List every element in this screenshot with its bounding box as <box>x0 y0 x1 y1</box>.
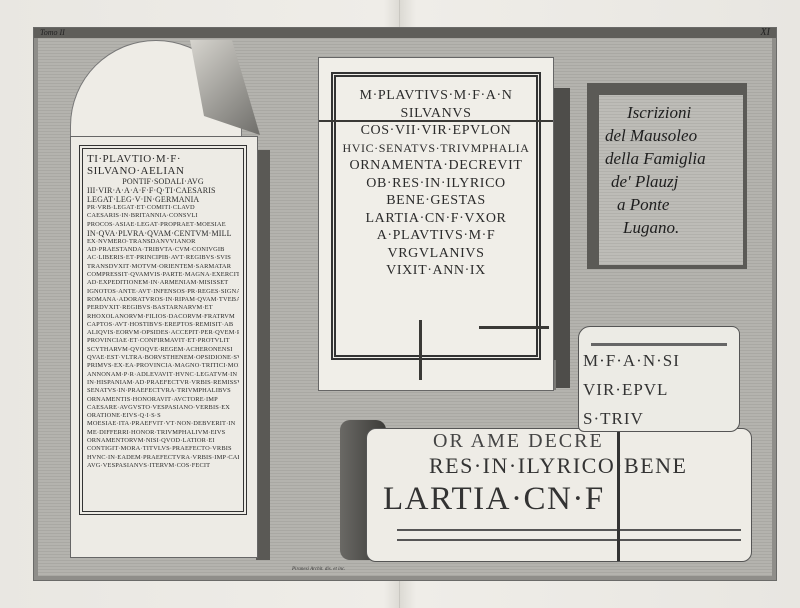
fragment-line: M·F·A·N·SI <box>579 346 739 375</box>
stele-inscription: TI·PLAVTIO·M·F· SILVANO·AELIAN PONTIF·SO… <box>79 145 247 515</box>
title-line: a Ponte <box>605 193 737 216</box>
stele-line: III·VIR·A·A·A·F·F·Q·TI·CAESARIS <box>87 186 239 195</box>
stele-line: IN·HISPANIAM·AD·PRAEFECTVR·VRBIS·REMISSV… <box>87 379 239 387</box>
stele-line: RHOXOLANORVM·FILIOS·DACORVM·FRATRVM <box>87 313 239 321</box>
stele-line: PERDVXIT·REGIBVS·BASTARNARVM·ET <box>87 304 239 312</box>
stele-line: CONTIGIT·MORA·TITVLVS·PRAEFECTO·VRBIS <box>87 445 239 453</box>
stele-line: ANNONAM·P·R·ADLEVAVIT·HVNC·LEGATVM·IN <box>87 371 239 379</box>
fragment-top-moulding <box>591 327 727 346</box>
stele-shadow <box>256 150 270 560</box>
central-tablet: M·PLAVTIVS·M·F·A·N SILVANVS COS·VII·VIR·… <box>318 57 554 391</box>
stele-line: ALIQVIS·EORVM·OPSIDES·ACCEPIT·PER·QVEM·P… <box>87 329 239 337</box>
stele-line: ORNAMENTIS·HONORAVIT·AVCTORE·IMP <box>87 396 239 404</box>
fragment-moulding <box>397 529 741 541</box>
tablet-line: LARTIA·CN·F·VXOR <box>338 210 534 228</box>
fragment-line: LARTIA·CN·F <box>383 479 743 519</box>
left-stele: TI·PLAVTIO·M·F· SILVANO·AELIAN PONTIF·SO… <box>70 40 266 558</box>
engraver-signature: Piranesi Archit. dis. et inc. <box>292 567 345 572</box>
fragment-bottom: OR AME DECRE RES·IN·ILYRICO·BENE LARTIA·… <box>366 428 752 562</box>
tablet-line: OB·RES·IN·ILYRICO <box>338 175 534 193</box>
tablet-line: ORNAMENTA·DECREVIT <box>338 157 534 175</box>
stele-line: PR·VRB·LEGAT·ET·COMITI·CLAVD <box>87 204 239 212</box>
tablet-line: A·PLAVTIVS·M·F <box>338 227 534 245</box>
title-line: Iscrizioni <box>605 101 737 124</box>
tablet-shadow <box>552 88 570 388</box>
stele-line: PROCOS·ASIAE·LEGAT·PROPRAET·MOESIAE <box>87 221 239 229</box>
stele-line: AD·EXPEDITIONEM·IN·ARMENIAM·MISISSET <box>87 279 239 287</box>
title-line: del Mausoleo <box>605 124 737 147</box>
stele-line: TRANSDVXIT·MOTVM·ORIENTEM·SARMATAR <box>87 263 239 271</box>
title-line: della Famiglia <box>605 147 737 170</box>
stele-line: ORNAMENTORVM·NISI·QVOD·LATIOR·EI <box>87 437 239 445</box>
stele-line: SILVANO·AELIAN <box>87 165 239 177</box>
tablet-line: HVIC·SENATVS·TRIVMPHALIA <box>338 140 534 158</box>
stele-line: AVG·VESPASIANVS·ITERVM·COS·FECIT <box>87 462 239 470</box>
stele-line: IN·QVA·PLVRA·QVAM·CENTVM·MILL <box>87 229 239 238</box>
stele-line: HVNC·IN·EADEM·PRAEFECTVRA·VRBIS·IMP·CAES… <box>87 454 239 462</box>
tablet-crack <box>319 120 553 122</box>
fragment-line: S·TRIV <box>579 404 739 433</box>
stele-line: PROVINCIAE·ET·CONFIRMAVIT·ET·PROTVLIT <box>87 337 239 345</box>
stele-line: SCYTHARVM·QVOQVE·REGEM·ACHERONENSI <box>87 346 239 354</box>
tablet-line: COS·VII·VIR·EPVLON <box>338 122 534 140</box>
fragment-crack <box>617 429 620 561</box>
stele-line: LEGAT·LEG·V·IN·GERMANIA <box>87 195 239 204</box>
fragment-line: VIR·EPVL <box>579 375 739 404</box>
tablet-inscription: M·PLAVTIVS·M·F·A·N SILVANVS COS·VII·VIR·… <box>331 72 541 360</box>
stele-line: COMPRESSIT·QVAMVIS·PARTE·MAGNA·EXERCITVS <box>87 271 239 279</box>
title-cartouche: Iscrizioni del Mausoleo della Famiglia d… <box>587 83 747 269</box>
volume-label: Tomo II <box>40 28 65 37</box>
stele-body: TI·PLAVTIO·M·F· SILVANO·AELIAN PONTIF·SO… <box>70 136 258 558</box>
tablet-line: BENE·GESTAS <box>338 192 534 210</box>
tablet-line: M·PLAVTIVS·M·F·A·N <box>338 87 534 105</box>
fragment-line: RES·IN·ILYRICO·BENE <box>383 453 743 479</box>
tablet-line: VRGVLANIVS <box>338 245 534 263</box>
stele-line: CAESARE·AVGVSTO·VESPASIANO·VERBIS·EX <box>87 404 239 412</box>
stele-line: AD·PRAESTANDA·TRIBVTA·CVM·CONIVGIB <box>87 246 239 254</box>
title-line: de' Plauzj <box>605 170 737 193</box>
fragment-bottom-inscription: OR AME DECRE RES·IN·ILYRICO·BENE LARTIA·… <box>383 429 743 519</box>
plate-number: XI <box>761 27 770 38</box>
stele-line: IGNOTOS·ANTE·AVT·INFENSOS·PR·REGES·SIGNA <box>87 288 239 296</box>
stele-line: ORATIONE·EIVS·Q·I·S·S <box>87 412 239 420</box>
stele-line: CAPTOS·AVT·HOSTIBVS·EREPTOS·REMISIT·AB <box>87 321 239 329</box>
fragment-top: M·F·A·N·SI VIR·EPVL S·TRIV <box>578 326 740 432</box>
stele-line: PONTIF·SODALI·AVG <box>87 177 239 186</box>
tablet-crack <box>479 326 549 329</box>
stele-line: SENATVS·IN·PRAEFECTVRA·TRIVMPHALIBVS <box>87 387 239 395</box>
stele-line: QVAE·EST·VLTRA·BORVSTHENEM·OPSIDIONE·SVM… <box>87 354 239 362</box>
stele-line: PRIMVS·EX·EA·PROVINCIA·MAGNO·TRITICI·MOD… <box>87 362 239 370</box>
tablet-crack <box>419 320 422 380</box>
stele-line: EX·NVMERO·TRANSDANVVIANOR <box>87 238 239 246</box>
plate-top-border: Tomo II XI <box>34 28 776 38</box>
stele-line: AC·LIBERIS·ET·PRINCIPIB·AVT·REGIBVS·SVIS <box>87 254 239 262</box>
title-line: Lugano. <box>605 216 737 239</box>
stele-line: ME·DIFFERRI·HONOR·TRIVMPHALIVM·EIVS <box>87 429 239 437</box>
stele-line: MOESIAE·ITA·PRAEFVIT·VT·NON·DEBVERIT·IN <box>87 420 239 428</box>
stele-line: CAESARIS·IN·BRITANNIA·CONSVLI <box>87 212 239 220</box>
stele-line: ROMANA·ADORATVROS·IN·RIPAM·QVAM·TVEBATVR <box>87 296 239 304</box>
stele-line: TI·PLAVTIO·M·F· <box>87 153 239 165</box>
title-cartouche-inner: Iscrizioni del Mausoleo della Famiglia d… <box>599 95 743 265</box>
tablet-line: VIXIT·ANN·IX <box>338 262 534 280</box>
